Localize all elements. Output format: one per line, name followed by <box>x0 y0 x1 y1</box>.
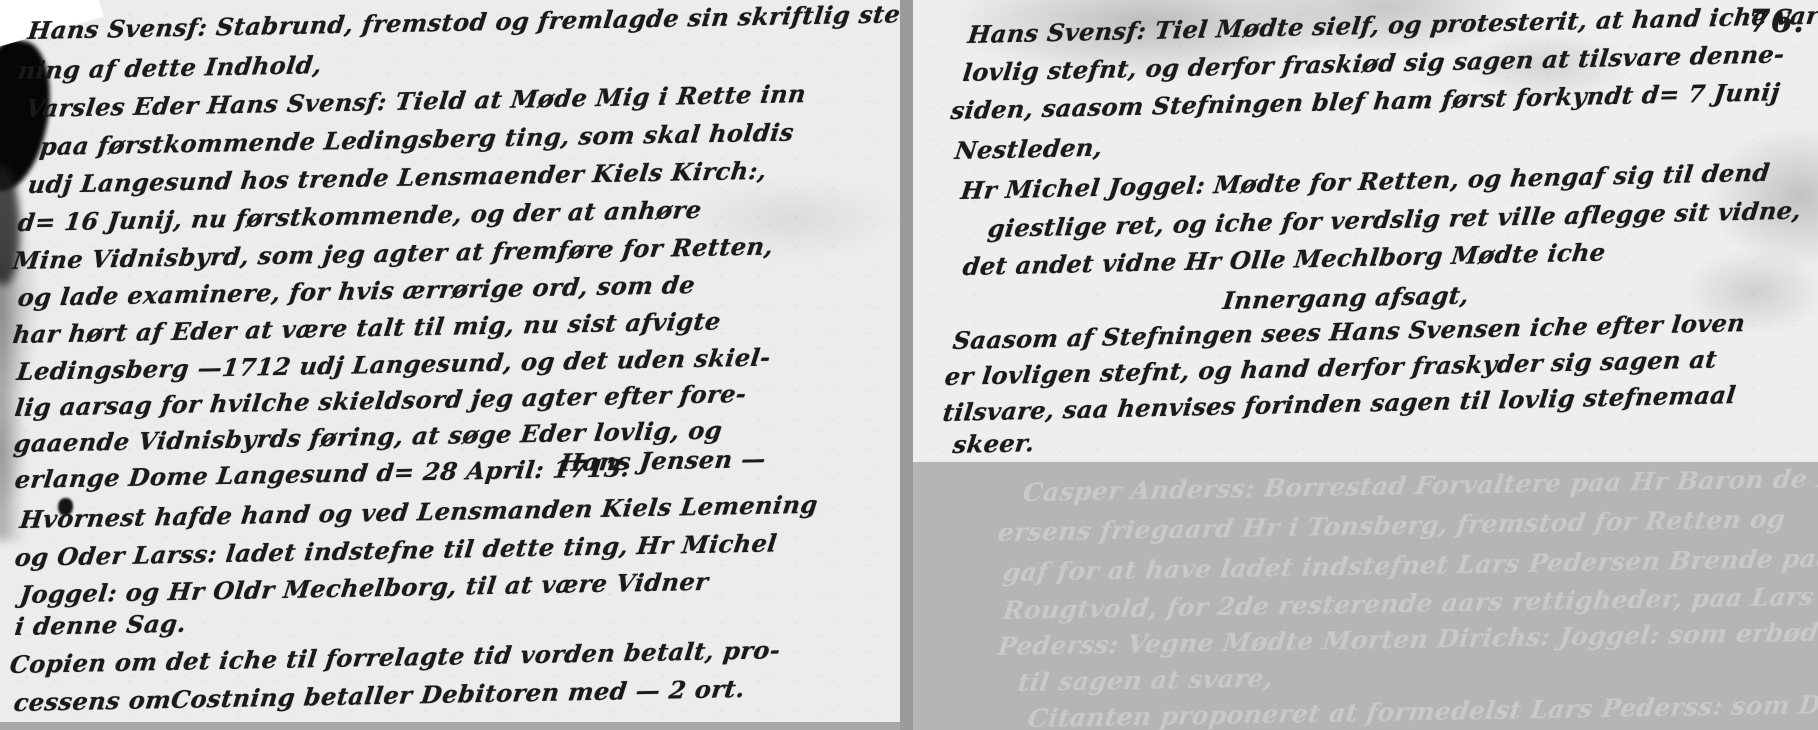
manuscript-line: har hørt af Eder at være talt til mig, n… <box>11 306 722 349</box>
manuscript-line: udj Langesund hos trende Lensmaender Kie… <box>26 156 768 199</box>
faded-manuscript-line: ersens friegaard Hr i Tonsberg, fremstod… <box>996 504 1787 547</box>
manuscript-line: Hans Svensf: Stabrund, fremstod og freml… <box>26 0 900 45</box>
faded-manuscript-line: Citanten proponeret at formedelst Lars P… <box>1026 689 1818 730</box>
manuscript-line-centered: Innergang afsagt, <box>1221 280 1470 315</box>
manuscript-line: Varsles Eder Hans Svensf: Tield at Møde … <box>24 79 808 123</box>
faded-next-entry-section: Casper Anderss: Borrestad Forvaltere paa… <box>913 462 1818 730</box>
manuscript-line: paa førstkommende Ledingsberg ting, som … <box>38 118 795 161</box>
faded-manuscript-line: Casper Anderss: Borrestad Forvaltere paa… <box>1021 463 1818 507</box>
page-gutter-divider <box>900 0 913 730</box>
manuscript-line: Hvornest hafde hand og ved Lensmanden Ki… <box>18 490 819 534</box>
manuscript-scan: Hans Svensf: Stabrund, fremstod og freml… <box>0 0 1818 730</box>
manuscript-line: skeer. <box>951 428 1036 459</box>
manuscript-line: det andet vidne Hr Olle Mechlborg Mødte … <box>961 237 1607 281</box>
faded-manuscript-line: Rougtvold, for 2de resterende aars retti… <box>1001 582 1816 625</box>
manuscript-line: cessens omCostning betaller Debitoren me… <box>12 674 746 717</box>
manuscript-line: Ledingsberg —1712 udj Langesund, og det … <box>15 343 772 386</box>
manuscript-line: og Oder Larss: ladet indstefne til dette… <box>13 528 778 572</box>
manuscript-line: ning af dette Indhold, <box>16 50 323 85</box>
manuscript-line: Hr Michel Joggel: Mødte for Retten, og h… <box>959 158 1771 205</box>
manuscript-line: lig aarsag for hvilche skieldsord jeg ag… <box>13 379 748 422</box>
manuscript-line: Nestleden, <box>953 133 1104 165</box>
manuscript-line: giestlige ret, og iche for verdslig ret … <box>986 196 1803 243</box>
manuscript-line: erlange Dome Langesund d= 28 April: 1713… <box>13 453 632 494</box>
manuscript-line: Joggel: og Hr Oldr Mechelborg, til at væ… <box>18 567 710 609</box>
manuscript-line: og lade examinere, for hvis ærrørige ord… <box>16 270 697 312</box>
left-page: Hans Svensf: Stabrund, fremstod og freml… <box>0 0 900 730</box>
faded-manuscript-line: til sagen at svare, <box>1016 664 1275 697</box>
faded-manuscript-line: gaf for at have ladet indstefnet Lars Pe… <box>1001 544 1818 587</box>
manuscript-line: i denne Sag. <box>13 609 188 641</box>
right-page: 76. Hans Svensf: Tiel Mødte sielf, og pr… <box>913 0 1818 730</box>
manuscript-line: d= 16 Junij, nu førstkommende, og der at… <box>16 195 703 237</box>
signature: Hans Jensen — <box>558 444 767 477</box>
manuscript-line: Copien om det iche til forrelagte tid vo… <box>8 635 782 679</box>
scan-bottom-strip <box>0 722 913 730</box>
faded-manuscript-line: Pederss: Vegne Mødte Morten Dirichs: Jog… <box>996 617 1818 661</box>
manuscript-line: Mine Vidnisbyrd, som jeg agter at fremfø… <box>11 231 775 275</box>
